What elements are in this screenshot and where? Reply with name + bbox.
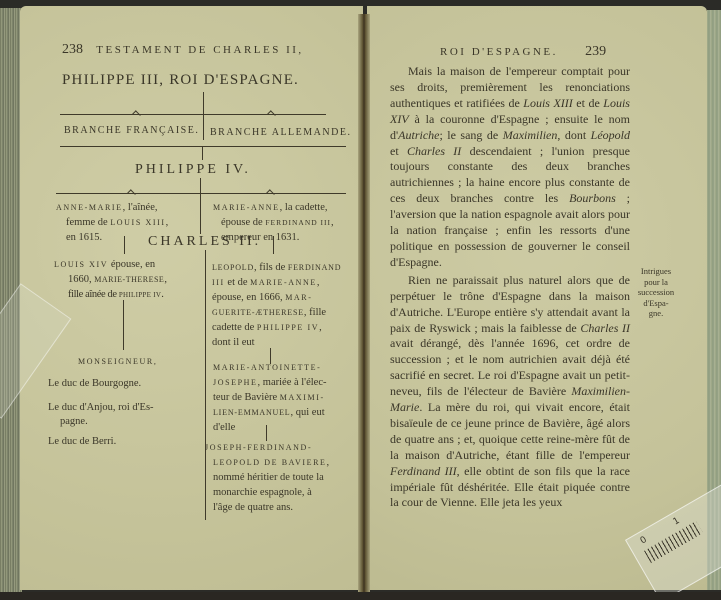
- monseigneur-label: MONSEIGNEUR,: [78, 356, 157, 367]
- paragraph-1: Mais la maison de l'empereur comptait po…: [390, 64, 630, 271]
- ruler-label-0: 0: [639, 535, 649, 547]
- open-book: 238 TESTAMENT DE CHARLES II, PHILIPPE II…: [0, 0, 721, 600]
- line-marie-antoinette-down: [266, 425, 267, 441]
- trunk-line: [200, 178, 201, 234]
- right-running-head: ROI D'ESPAGNE. 239: [440, 44, 606, 60]
- right-page-number: 239: [585, 44, 606, 59]
- entry-louis-xiv: LOUIS XIV épouse, en 1660, MARIE-THERESE…: [54, 257, 199, 303]
- body-text: Mais la maison de l'empereur comptait po…: [390, 64, 630, 511]
- ruler-label-1: 1: [672, 516, 682, 528]
- line-marie-anne-down: [273, 236, 274, 254]
- philippe-iv-heading: PHILIPPE IV.: [135, 162, 251, 178]
- left-running-head: 238 TESTAMENT DE CHARLES II,: [62, 42, 304, 58]
- line-anne-marie-down: [124, 236, 125, 254]
- paragraph-2: Rien ne paraissait plus naturel alors qu…: [390, 273, 630, 512]
- son-duc-de-berri: Le duc de Berri.: [48, 436, 116, 447]
- son-duc-de-bourgogne: Le duc de Bourgogne.: [48, 378, 141, 389]
- connector-line: [202, 146, 203, 160]
- brace-line-3: [56, 193, 346, 194]
- left-page-number: 238: [62, 42, 83, 57]
- charles-ii-heading: CHARLES II.: [148, 234, 261, 250]
- branch-french: BRANCHE FRANÇAISE.: [64, 125, 199, 136]
- book-gutter: [358, 14, 370, 594]
- son-duc-d-anjou-cont: pagne.: [60, 416, 88, 427]
- branch-german: BRANCHE ALLEMANDE.: [210, 127, 351, 138]
- margin-note: Intrigues pour la succession d'Espa- gne…: [632, 266, 680, 319]
- line-louis-xiv-down: [123, 300, 124, 350]
- son-duc-d-anjou: Le duc d'Anjou, roi d'Es-: [48, 402, 154, 413]
- entry-marie-antoinette: MARIE-ANTOINETTE- JOSEPHE, mariée à l'él…: [213, 360, 348, 435]
- trunk-line: [203, 92, 204, 140]
- brace-line-1: [60, 114, 326, 115]
- right-running-title: ROI D'ESPAGNE.: [440, 46, 558, 58]
- brace-line-2: [60, 146, 346, 147]
- entry-joseph-ferdinand: JOSEPH-FERDINAND- LEOPOLD DE BAVIERE, no…: [205, 440, 345, 515]
- entry-leopold: LEOPOLD, fils de FERDINAND III et de MAR…: [212, 260, 347, 350]
- ruler-ticks: [644, 521, 703, 563]
- bottom-shadow: [0, 592, 721, 600]
- genealogy-title: PHILIPPE III, ROI D'ESPAGNE.: [62, 72, 299, 89]
- left-running-title: TESTAMENT DE CHARLES II,: [96, 44, 303, 56]
